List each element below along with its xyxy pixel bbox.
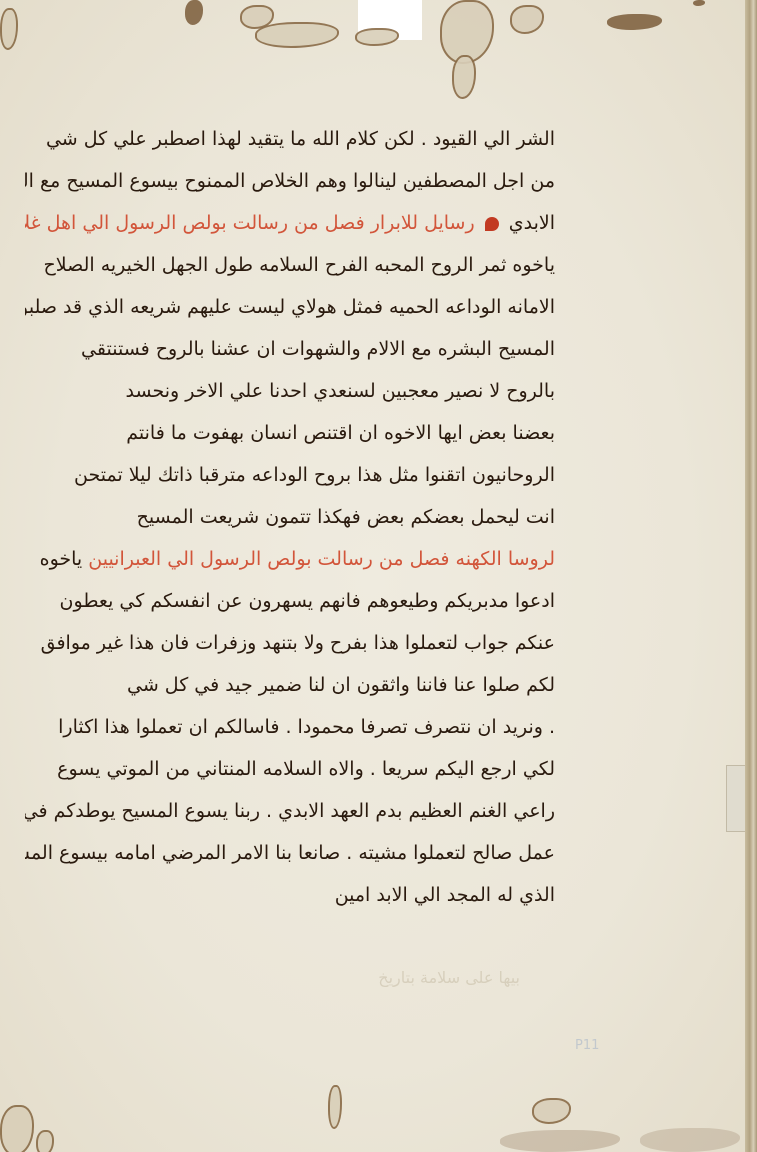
text-line-15: . ونريد ان نتصرف تصرفا محمودا . فاسالكم … (25, 706, 555, 748)
text-line-14: لكم صلوا عنا فاننا واثقون ان لنا ضمير جي… (25, 664, 555, 706)
text-line-8: بعضنا بعض ايها الاخوه ان اقتنص انسان بهف… (25, 412, 555, 454)
rubric-heading-hebrews: لروسا الكهنه فصل من رسالت بولص الرسول ال… (88, 548, 555, 570)
damage-stain (452, 55, 476, 99)
text-line-13: عنكم جواب لتعملوا هذا بفرح ولا بتنهد وزف… (25, 622, 555, 664)
damage-stain (693, 0, 705, 6)
water-stain (640, 1128, 740, 1152)
text-line-4: ياخوه ثمر الروح المحبه الفرح السلامه طول… (25, 244, 555, 286)
damage-stain (532, 1098, 571, 1124)
rubric-marker-icon (485, 217, 499, 231)
page-edge (745, 0, 757, 1152)
text-line-18: عمل صالح لتعملوا مشيته . صانعا بنا الامر… (25, 832, 555, 874)
text-line-2: من اجل المصطفين لينالوا وهم الخلاص الممن… (25, 160, 555, 202)
damage-stain (510, 5, 544, 34)
bleed-through-text: بيها على سلامة بتاريخ (40, 968, 520, 987)
text-line-3: الابدي رسايل للابرار فصل من رسالت بولص ا… (25, 202, 555, 244)
manuscript-text: الشر الي القيود . لكن كلام الله ما يتقيد… (25, 118, 555, 916)
damage-stain (607, 14, 662, 30)
damage-stain (185, 0, 203, 25)
text-line-5: الامانه الوداعه الحميه فمثل هولاي ليست ع… (25, 286, 555, 328)
text-line-11: لروسا الكهنه فصل من رسالت بولص الرسول ال… (25, 538, 555, 580)
manuscript-page: الشر الي القيود . لكن كلام الله ما يتقيد… (0, 0, 745, 1152)
text-line-9: الروحانيون اتقنوا مثل هذا بروح الوداعه م… (25, 454, 555, 496)
text-line-7: بالروح لا نصير معجبين لسنعدي احدنا علي ا… (25, 370, 555, 412)
text-line-11-black: ياخوه (40, 548, 83, 570)
rubric-heading-galatians: رسايل للابرار فصل من رسالت بولص الرسول ا… (25, 212, 475, 234)
text-line-1: الشر الي القيود . لكن كلام الله ما يتقيد… (25, 118, 555, 160)
page-tab-strip (726, 765, 747, 832)
text-line-6: المسيح البشره مع الالام والشهوات ان عشنا… (25, 328, 555, 370)
damage-stain (328, 1085, 342, 1129)
water-stain (500, 1130, 620, 1152)
folio-number: P11 (575, 1038, 599, 1053)
text-line-19: الذي له المجد الي الابد امين (25, 874, 555, 916)
damage-stain (0, 1105, 34, 1152)
damage-stain (36, 1130, 54, 1152)
damage-stain (255, 22, 339, 48)
text-line-16: لكي ارجع اليكم سريعا . والاه السلامه الم… (25, 748, 555, 790)
damage-stain (355, 28, 399, 46)
text-line-3-black: الابدي (509, 212, 555, 234)
text-line-10: انت ليحمل بعضكم بعض فهكذا تتمون شريعت ال… (25, 496, 555, 538)
text-line-12: ادعوا مدبريكم وطيعوهم فانهم يسهرون عن ان… (25, 580, 555, 622)
damage-stain (0, 8, 18, 50)
text-line-17: راعي الغنم العظيم بدم العهد الابدي . ربن… (25, 790, 555, 832)
